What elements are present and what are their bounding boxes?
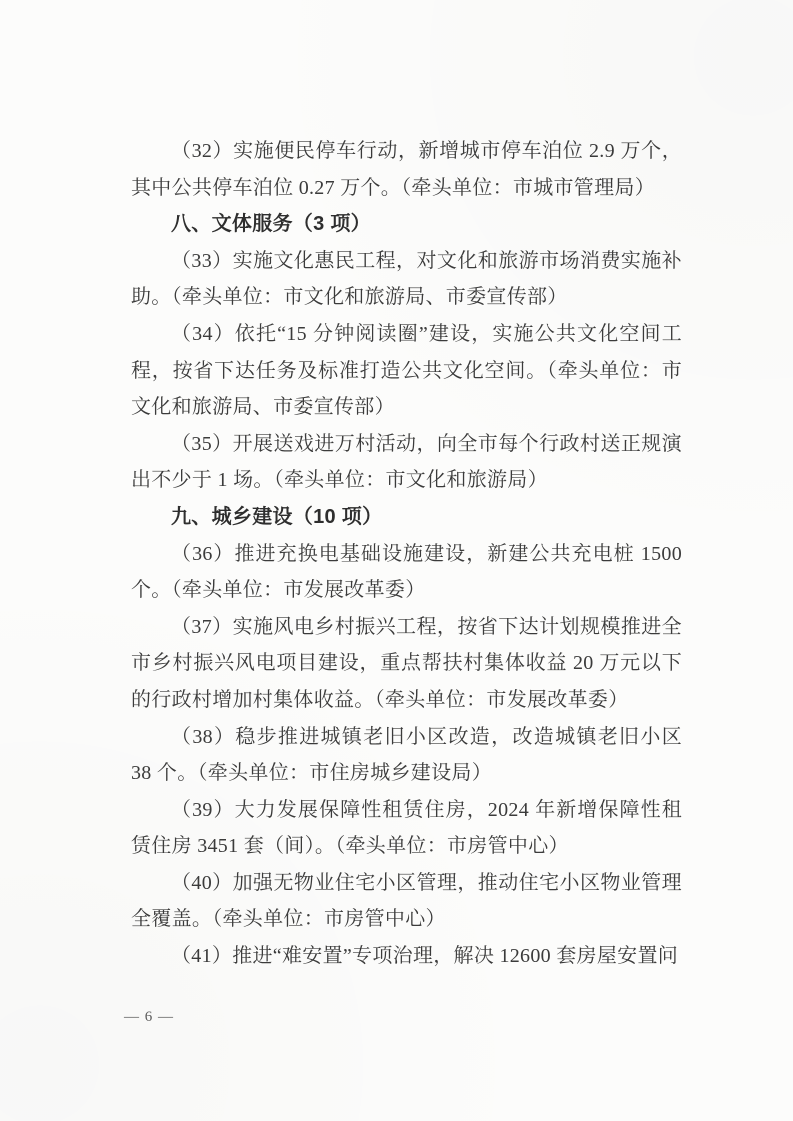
paragraph-item-36: （36）推进充换电基础设施建设，新建公共充电桩 1500 个。（牵头单位：市发展… [131,536,682,609]
paragraph-item-37: （37）实施风电乡村振兴工程，按省下达计划规模推进全市乡村振兴风电项目建设，重点… [131,609,682,719]
paragraph-item-41: （41）推进“难安置”专项治理，解决 12600 套房屋安置问 [131,938,682,975]
section-heading-8: 八、文体服务（3 项） [131,206,682,243]
paragraph-item-33: （33）实施文化惠民工程，对文化和旅游市场消费实施补助。（牵头单位：市文化和旅游… [131,243,682,316]
paragraph-item-39: （39）大力发展保障性租赁住房，2024 年新增保障性租赁住房 3451 套（间… [131,792,682,865]
paragraph-item-40: （40）加强无物业住宅小区管理，推动住宅小区物业管理全覆盖。（牵头单位：市房管中… [131,865,682,938]
paragraph-item-32: （32）实施便民停车行动，新增城市停车泊位 2.9 万个，其中公共停车泊位 0.… [131,133,682,206]
document-body: （32）实施便民停车行动，新增城市停车泊位 2.9 万个，其中公共停车泊位 0.… [131,133,682,975]
paragraph-item-35: （35）开展送戏进万村活动，向全市每个行政村送正规演出不少于 1 场。（牵头单位… [131,426,682,499]
page-number: — 6 — [124,1006,174,1028]
paragraph-item-38: （38）稳步推进城镇老旧小区改造，改造城镇老旧小区 38 个。（牵头单位：市住房… [131,719,682,792]
section-heading-9: 九、城乡建设（10 项） [131,499,682,536]
paragraph-item-34: （34）依托“15 分钟阅读圈”建设，实施公共文化空间工程，按省下达任务及标准打… [131,316,682,426]
document-page: （32）实施便民停车行动，新增城市停车泊位 2.9 万个，其中公共停车泊位 0.… [0,0,793,1121]
